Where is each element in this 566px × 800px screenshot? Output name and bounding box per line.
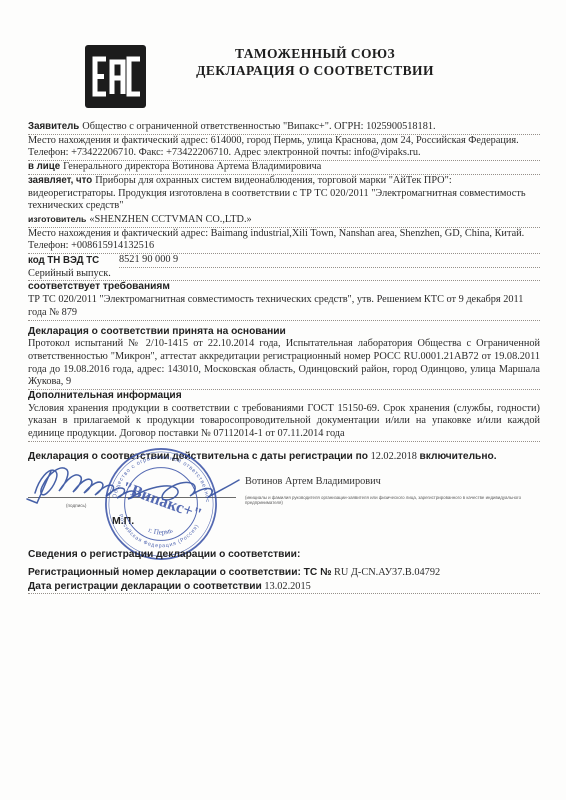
signatory-name-caption: (инициалы и фамилия руководителя организ… xyxy=(245,495,545,506)
signatory-name: Вотинов Артем Владимирович xyxy=(245,476,381,489)
registration-date-label: Дата регистрации декларации о соответств… xyxy=(28,581,262,592)
registration-date-row: Дата регистрации декларации о соответств… xyxy=(28,580,540,595)
registration-header: Сведения о регистрации декларации о соот… xyxy=(28,549,300,560)
registration-section: Сведения о регистрации декларации о соот… xyxy=(28,548,540,595)
applicant-address-row: Место нахождения и фактический адрес: 61… xyxy=(28,135,540,161)
registration-number-value: RU Д-CN.АУ37.В.04792 xyxy=(334,567,440,578)
declares-label: заявляет, что xyxy=(28,175,92,186)
applicant-address: Место нахождения и фактический адрес: 61… xyxy=(28,135,519,159)
additional-text: Условия хранения продукции в соответстви… xyxy=(28,403,540,439)
applicant-label: Заявитель xyxy=(28,121,79,132)
tnved-code: 8521 90 000 9 xyxy=(119,254,540,268)
manufacturer-name: «SHENZHEN CCTVMAN CO.,LTD.» xyxy=(89,214,251,225)
manufacturer-address: Место нахождения и фактический адрес: Ba… xyxy=(28,228,524,252)
svg-text:г. Пермь: г. Пермь xyxy=(147,525,174,537)
validity-date: 12.02.2018 xyxy=(371,451,417,462)
declares-row: заявляет, чтоПриборы для охранных систем… xyxy=(28,175,540,228)
complies-text-row: ТР ТС 020/2011 "Электромагнитная совмест… xyxy=(28,294,540,320)
basis-header: Декларация о соответствии принята на осн… xyxy=(28,326,286,337)
in-person-row: в лицеГенерального директора Вотинова Ар… xyxy=(28,161,540,175)
document-body: ЗаявительОбщество с ограниченной ответст… xyxy=(28,121,540,594)
in-person-label: в лице xyxy=(28,161,60,172)
applicant-value: Общество с ограниченной ответственностью… xyxy=(82,121,435,132)
registration-date-value: 13.02.2015 xyxy=(264,581,310,592)
validity-suffix: включительно. xyxy=(419,451,496,462)
additional-header-row: Дополнительная информация xyxy=(28,390,540,403)
serial-text: Серийный выпуск. xyxy=(28,268,111,279)
basis-header-row: Декларация о соответствии принята на осн… xyxy=(28,326,540,339)
tnved-label: код ТН ВЭД ТС xyxy=(28,255,116,268)
title-line-1: ТАМОЖЕННЫЙ СОЮЗ xyxy=(150,46,480,63)
additional-header: Дополнительная информация xyxy=(28,390,182,401)
signature-zone: (подпись) М.П. Вотинов Артем Владимирови… xyxy=(28,464,540,548)
complies-header: соответствует требованиям xyxy=(28,281,170,292)
registration-number-row: Регистрационный номер декларации о соотв… xyxy=(28,566,540,580)
basis-text: Протокол испытаний № 2/10-1415 от 22.10.… xyxy=(28,338,540,387)
registration-number-label: Регистрационный номер декларации о соотв… xyxy=(28,567,331,578)
stamp-city: г. Пермь xyxy=(147,525,174,537)
serial-row: Серийный выпуск. xyxy=(28,268,540,282)
complies-header-row: соответствует требованиям xyxy=(28,281,540,294)
eac-logo xyxy=(85,45,146,108)
declares-value: Приборы для охранных систем видеонаблюде… xyxy=(28,175,526,211)
additional-text-row: Условия хранения продукции в соответстви… xyxy=(28,403,540,442)
manufacturer-label: изготовитель xyxy=(28,214,86,224)
title-line-2: ДЕКЛАРАЦИЯ О СООТВЕТСТВИИ xyxy=(150,63,480,80)
applicant-row: ЗаявительОбщество с ограниченной ответст… xyxy=(28,121,540,135)
company-stamp: Общество с ограниченной ответственностью… xyxy=(102,445,220,563)
manufacturer-line: изготовитель«SHENZHEN CCTVMAN CO.,LTD.» xyxy=(28,213,540,227)
tnved-row: код ТН ВЭД ТС 8521 90 000 9 xyxy=(28,254,540,268)
document-title: ТАМОЖЕННЫЙ СОЮЗ ДЕКЛАРАЦИЯ О СООТВЕТСТВИ… xyxy=(150,46,480,79)
basis-text-row: Протокол испытаний № 2/10-1415 от 22.10.… xyxy=(28,338,540,390)
complies-text: ТР ТС 020/2011 "Электромагнитная совмест… xyxy=(28,294,523,318)
manufacturer-address-row: Место нахождения и фактический адрес: Ba… xyxy=(28,228,540,254)
declaration-document: ТАМОЖЕННЫЙ СОЮЗ ДЕКЛАРАЦИЯ О СООТВЕТСТВИ… xyxy=(0,0,566,800)
in-person-value: Генерального директора Вотинова Артема В… xyxy=(63,161,321,172)
registration-header-row: Сведения о регистрации декларации о соот… xyxy=(28,548,540,562)
